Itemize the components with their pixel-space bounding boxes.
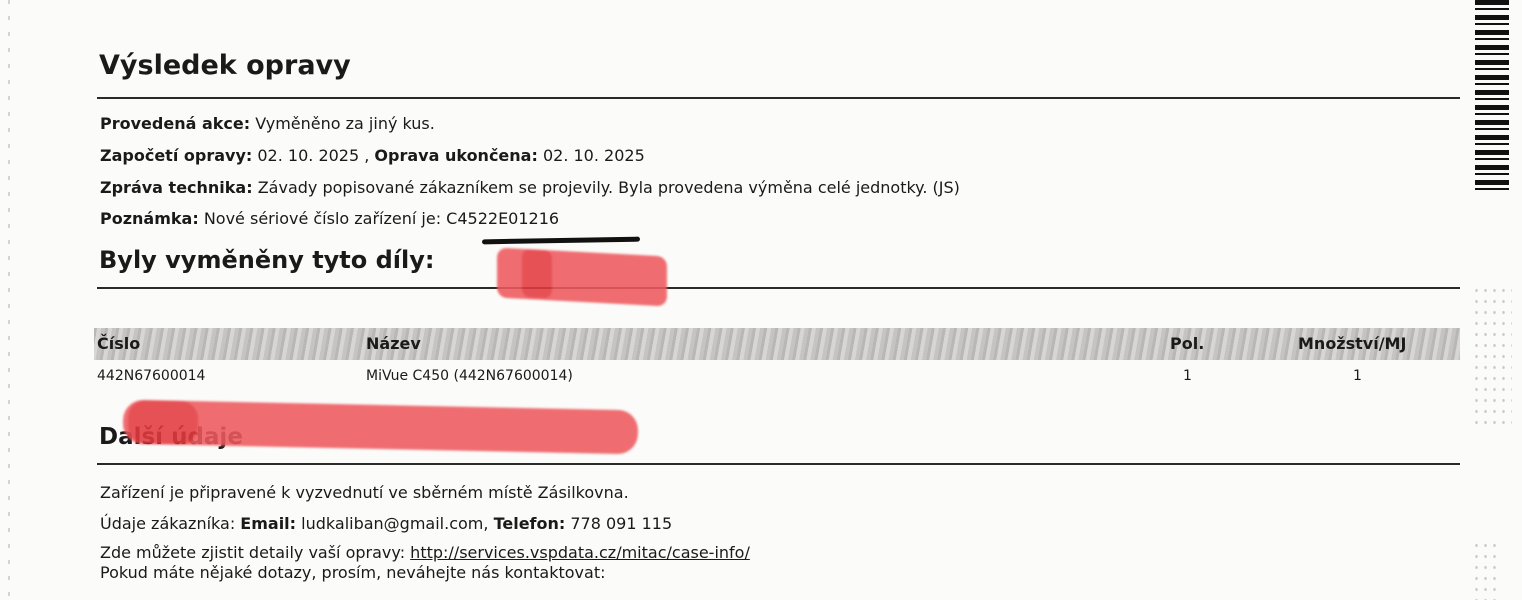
start-label: Započetí opravy: [100, 146, 252, 165]
customer-prefix: Údaje zákazníka: [100, 514, 235, 533]
phone-label: Telefon: [494, 514, 566, 533]
details-line: Zde můžete zjistit detaily vaší opravy: … [100, 543, 750, 562]
note-line: Poznámka: Nové sériové číslo zařízení je… [100, 209, 559, 228]
email-label: Email: [240, 514, 296, 533]
column-header-qty: Množství/MJ [1298, 334, 1406, 353]
divider [97, 287, 1460, 289]
case-info-link[interactable]: http://services.vspdata.cz/mitac/case-in… [410, 543, 750, 562]
column-header-pos: Pol. [1170, 334, 1204, 353]
details-text: Zde můžete zjistit detaily vaší opravy: [100, 543, 405, 562]
start-value: 02. 10. 2025 , [257, 146, 369, 165]
section-title-result: Výsledek opravy [99, 50, 351, 81]
barcode [1475, 0, 1509, 190]
scan-noise [1472, 540, 1502, 600]
customer-line: Údaje zákazníka: Email: ludkaliban@gmail… [100, 514, 672, 533]
underline-marker [482, 237, 640, 245]
tech-label: Zpráva technika: [100, 178, 253, 197]
action-label: Provedená akce: [100, 114, 250, 133]
tech-line: Zpráva technika: Závady popisované zákaz… [100, 178, 960, 197]
cell-qty: 1 [1353, 368, 1362, 384]
column-header-name: Název [366, 334, 421, 353]
end-value: 02. 10. 2025 [543, 146, 645, 165]
pickup-line: Zařízení je připravené k vyzvednutí ve s… [100, 483, 629, 502]
page-edge [8, 0, 10, 600]
scanned-document: Výsledek opravy Provedená akce: Vyměněno… [0, 0, 1522, 600]
cell-number: 442N67600014 [97, 368, 205, 384]
cell-name: MiVue C450 (442N67600014) [366, 368, 573, 384]
phone-value: 778 091 115 [570, 514, 672, 533]
action-line: Provedená akce: Vyměněno za jiný kus. [100, 114, 435, 133]
cell-pos: 1 [1183, 368, 1192, 384]
note-label: Poznámka: [100, 209, 199, 228]
note-value: Nové sériové číslo zařízení je: C4522E01… [204, 209, 559, 228]
scan-noise [1472, 285, 1512, 425]
contact-line: Pokud máte nějaké dotazy, prosím, neváhe… [100, 563, 605, 582]
redaction-mark [497, 248, 667, 307]
tech-value: Závady popisované zákazníkem se projevil… [258, 178, 960, 197]
action-value: Vyměněno za jiný kus. [255, 114, 435, 133]
parts-table-header [94, 328, 1460, 360]
dates-line: Započetí opravy: 02. 10. 2025 , Oprava u… [100, 146, 645, 165]
email-value: ludkaliban@gmail.com, [301, 514, 488, 533]
column-header-number: Číslo [97, 334, 140, 353]
section-title-parts: Byly vyměněny tyto díly: [99, 246, 435, 274]
divider [97, 463, 1460, 465]
end-label: Oprava ukončena: [374, 146, 537, 165]
divider [97, 97, 1460, 99]
